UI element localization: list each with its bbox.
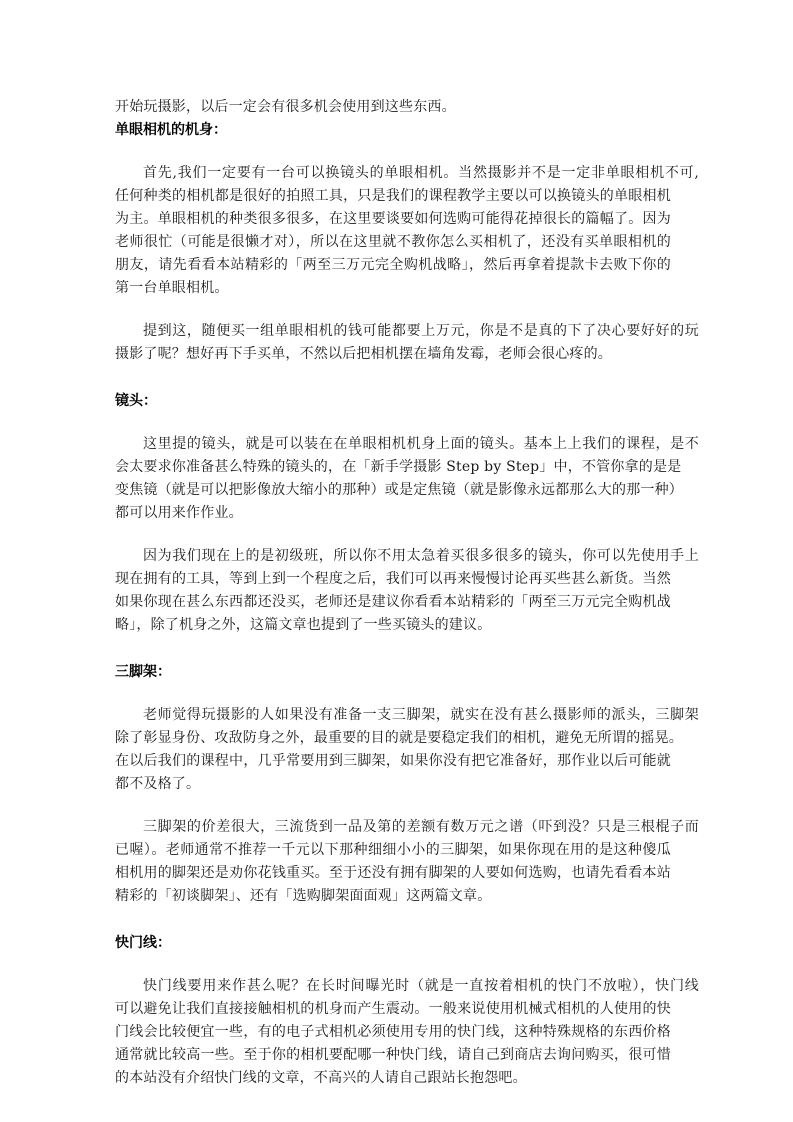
intro-line: 开始玩摄影，以后一定会有很多机会使用到这些东西。 [115,96,675,119]
text-line: 精彩的「初谈脚架」、还有「选购脚架面面观」这两篇文章。 [115,885,675,908]
section-heading-tripod: 三脚架： [115,661,675,684]
spacer [115,908,675,932]
text-line: 相机用的脚架还是劝你花钱重买。至于还没有拥有脚架的人要如何选购，也请先看看本站 [115,862,671,885]
text-line: 这里提的镜头，就是可以装在在单眼相机机身上面的镜头。基本上上我们的课程，是不 [115,433,699,456]
text-line: 提到这，随便买一组单眼相机的钱可能都要上万元，你是不是真的下了决心要好好的玩 [115,320,699,343]
spacer [115,955,675,975]
text-line: 门线会比较便宜一些，有的电子式相机必须使用专用的快门线，这种特殊规格的东西价格 [115,1021,671,1044]
spacer [115,796,675,816]
text-line: 的本站没有介绍快门线的文章，不高兴的人请自己跟站长抱怨吧。 [115,1067,675,1090]
text-line: 变焦镜（就是可以把影像放大缩小的那种）或是定焦镜（就是影像永远都那么大的那一种） [115,479,671,502]
text-line: 已喔）。老师通常不推荐一千元以下那种细细小小的三脚架，如果你现在用的是这种傻瓜 [115,839,671,862]
text-line: 可以避免让我们直接接触相机的机身而产生震动。一般来说使用机械式相机的人使用的快 [115,998,671,1021]
text-line: 略」，除了机身之外，这篇文章也提到了一些买镜头的建议。 [115,614,675,637]
text-line: 快门线要用来作甚么呢？在长时间曝光时（就是一直按着相机的快门不放啦），快门线 [115,975,699,998]
spacer [115,142,675,162]
text-line: 除了彰显身份、攻敌防身之外，最重要的目的就是要稳定我们的相机，避免无所谓的摇晃。 [115,727,671,750]
text-line: 朋友，请先看看本站精彩的「两至三万元完全购机战略」，然后再拿着提款卡去败下你的 [115,254,671,277]
paragraph-camera-body-1: 首先,我们一定要有一台可以换镜头的单眼相机。当然摄影并不是一定非单眼相机不可, … [115,162,675,300]
text-line: 老师很忙（可能是很懒才对），所以在这里就不教你怎么买相机了，还没有买单眼相机的 [115,231,671,254]
text-line: 现在拥有的工具，等到上到一个程度之后，我们可以再来慢慢讨论再买些甚么新货。当然 [115,568,671,591]
spacer [115,525,675,545]
text-line: 会太要求你准备甚么特殊的镜头的，在「新手学摄影 Step by Step」中，不… [115,456,671,479]
section-heading-camera-body: 单眼相机的机身： [115,119,675,142]
text-line: 首先,我们一定要有一台可以换镜头的单眼相机。当然摄影并不是一定非单眼相机不可, [115,162,699,185]
paragraph-tripod-1: 老师觉得玩摄影的人如果没有准备一支三脚架，就实在没有甚么摄影师的派头，三脚架 除… [115,704,675,796]
spacer [115,413,675,433]
text-line: 任何种类的相机都是很好的拍照工具，只是我们的课程教学主要以可以换镜头的单眼相机 [115,185,671,208]
spacer [115,366,675,390]
section-heading-lens: 镜头： [115,390,675,413]
paragraph-lens-2: 因为我们现在上的是初级班，所以你不用太急着买很多很多的镜头，你可以先使用手上 现… [115,545,675,637]
document-page: 开始玩摄影，以后一定会有很多机会使用到这些东西。 单眼相机的机身： 首先,我们一… [115,96,675,1090]
text-line: 在以后我们的课程中，几乎常要用到三脚架，如果你没有把它准备好，那作业以后可能就 [115,750,671,773]
text-line: 通常就比较高一些。至于你的相机要配哪一种快门线，请自己到商店去询问购买，很可惜 [115,1044,671,1067]
text-line: 为主。单眼相机的种类很多很多，在这里要谈要如何选购可能得花掉很长的篇幅了。因为 [115,208,671,231]
text-line: 都不及格了。 [115,773,675,796]
spacer [115,637,675,661]
paragraph-lens-1: 这里提的镜头，就是可以装在在单眼相机机身上面的镜头。基本上上我们的课程，是不 会… [115,433,675,525]
text-line: 因为我们现在上的是初级班，所以你不用太急着买很多很多的镜头，你可以先使用手上 [115,545,699,568]
text-line: 摄影了呢？想好再下手买单，不然以后把相机摆在墙角发霉，老师会很心疼的。 [115,343,675,366]
spacer [115,300,675,320]
text-line: 三脚架的价差很大，三流货到一品及第的差额有数万元之谱（吓到没？只是三根棍子而 [115,816,699,839]
spacer [115,684,675,704]
text-line: 都可以用来作作业。 [115,502,675,525]
paragraph-camera-body-2: 提到这，随便买一组单眼相机的钱可能都要上万元，你是不是真的下了决心要好好的玩 摄… [115,320,675,366]
text-line: 第一台单眼相机。 [115,277,675,300]
paragraph-shutter-cable-1: 快门线要用来作甚么呢？在长时间曝光时（就是一直按着相机的快门不放啦），快门线 可… [115,975,675,1090]
text-line: 如果你现在甚么东西都还没买，老师还是建议你看看本站精彩的「两至三万元完全购机战 [115,591,671,614]
paragraph-tripod-2: 三脚架的价差很大，三流货到一品及第的差额有数万元之谱（吓到没？只是三根棍子而 已… [115,816,675,908]
section-heading-shutter-cable: 快门线： [115,932,675,955]
text-line: 老师觉得玩摄影的人如果没有准备一支三脚架，就实在没有甚么摄影师的派头，三脚架 [115,704,699,727]
